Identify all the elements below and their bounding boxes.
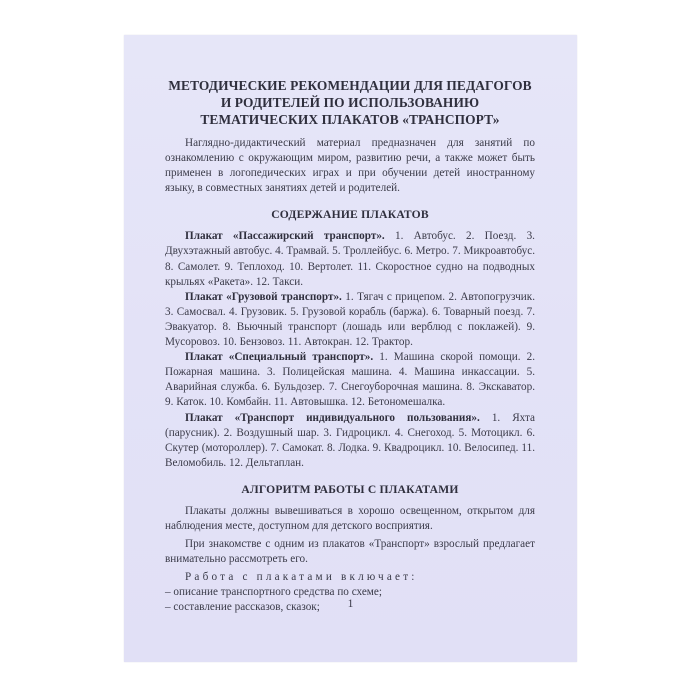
poster-description: Плакат «Специальный транспорт». 1. Машин… — [165, 350, 535, 410]
algorithm-paragraph: Плакаты должны вывешиваться в хорошо осв… — [165, 504, 535, 534]
page-content: МЕТОДИЧЕСКИЕ РЕКОМЕНДАЦИИ ДЛЯ ПЕДАГОГОВ … — [165, 77, 535, 616]
poster-description: Плакат «Грузовой транспорт». 1. Тягач с … — [165, 290, 535, 350]
contents-heading: СОДЕРЖАНИЕ ПЛАКАТОВ — [165, 207, 535, 222]
algorithm-heading: АЛГОРИТМ РАБОТЫ С ПЛАКАТАМИ — [165, 482, 535, 497]
title-line: МЕТОДИЧЕСКИЕ РЕКОМЕНДАЦИИ ДЛЯ ПЕДАГОГОВ — [165, 77, 535, 94]
work-includes-label: Работа с плакатами включает: — [165, 570, 535, 585]
page-number: 1 — [124, 598, 577, 610]
poster-description: Плакат «Пассажирский транспорт». 1. Авто… — [165, 229, 535, 289]
poster-name: Плакат «Специальный транспорт». — [185, 351, 373, 363]
document-title: МЕТОДИЧЕСКИЕ РЕКОМЕНДАЦИИ ДЛЯ ПЕДАГОГОВ … — [165, 77, 535, 128]
poster-description: Плакат «Транспорт индивидуального пользо… — [165, 411, 535, 471]
intro-paragraph: Наглядно-дидактический материал предназн… — [165, 136, 535, 196]
title-line: И РОДИТЕЛЕЙ ПО ИСПОЛЬЗОВАНИЮ — [165, 94, 535, 111]
algorithm-paragraph: При знакомстве с одним из плакатов «Тран… — [165, 537, 535, 567]
poster-name: Плакат «Грузовой транспорт». — [185, 291, 342, 303]
title-line: ТЕМАТИЧЕСКИХ ПЛАКАТОВ «ТРАНСПОРТ» — [165, 111, 535, 128]
poster-name: Плакат «Транспорт индивидуального пользо… — [185, 412, 480, 424]
document-page: МЕТОДИЧЕСКИЕ РЕКОМЕНДАЦИИ ДЛЯ ПЕДАГОГОВ … — [124, 35, 577, 662]
poster-name: Плакат «Пассажирский транспорт». — [185, 230, 385, 242]
